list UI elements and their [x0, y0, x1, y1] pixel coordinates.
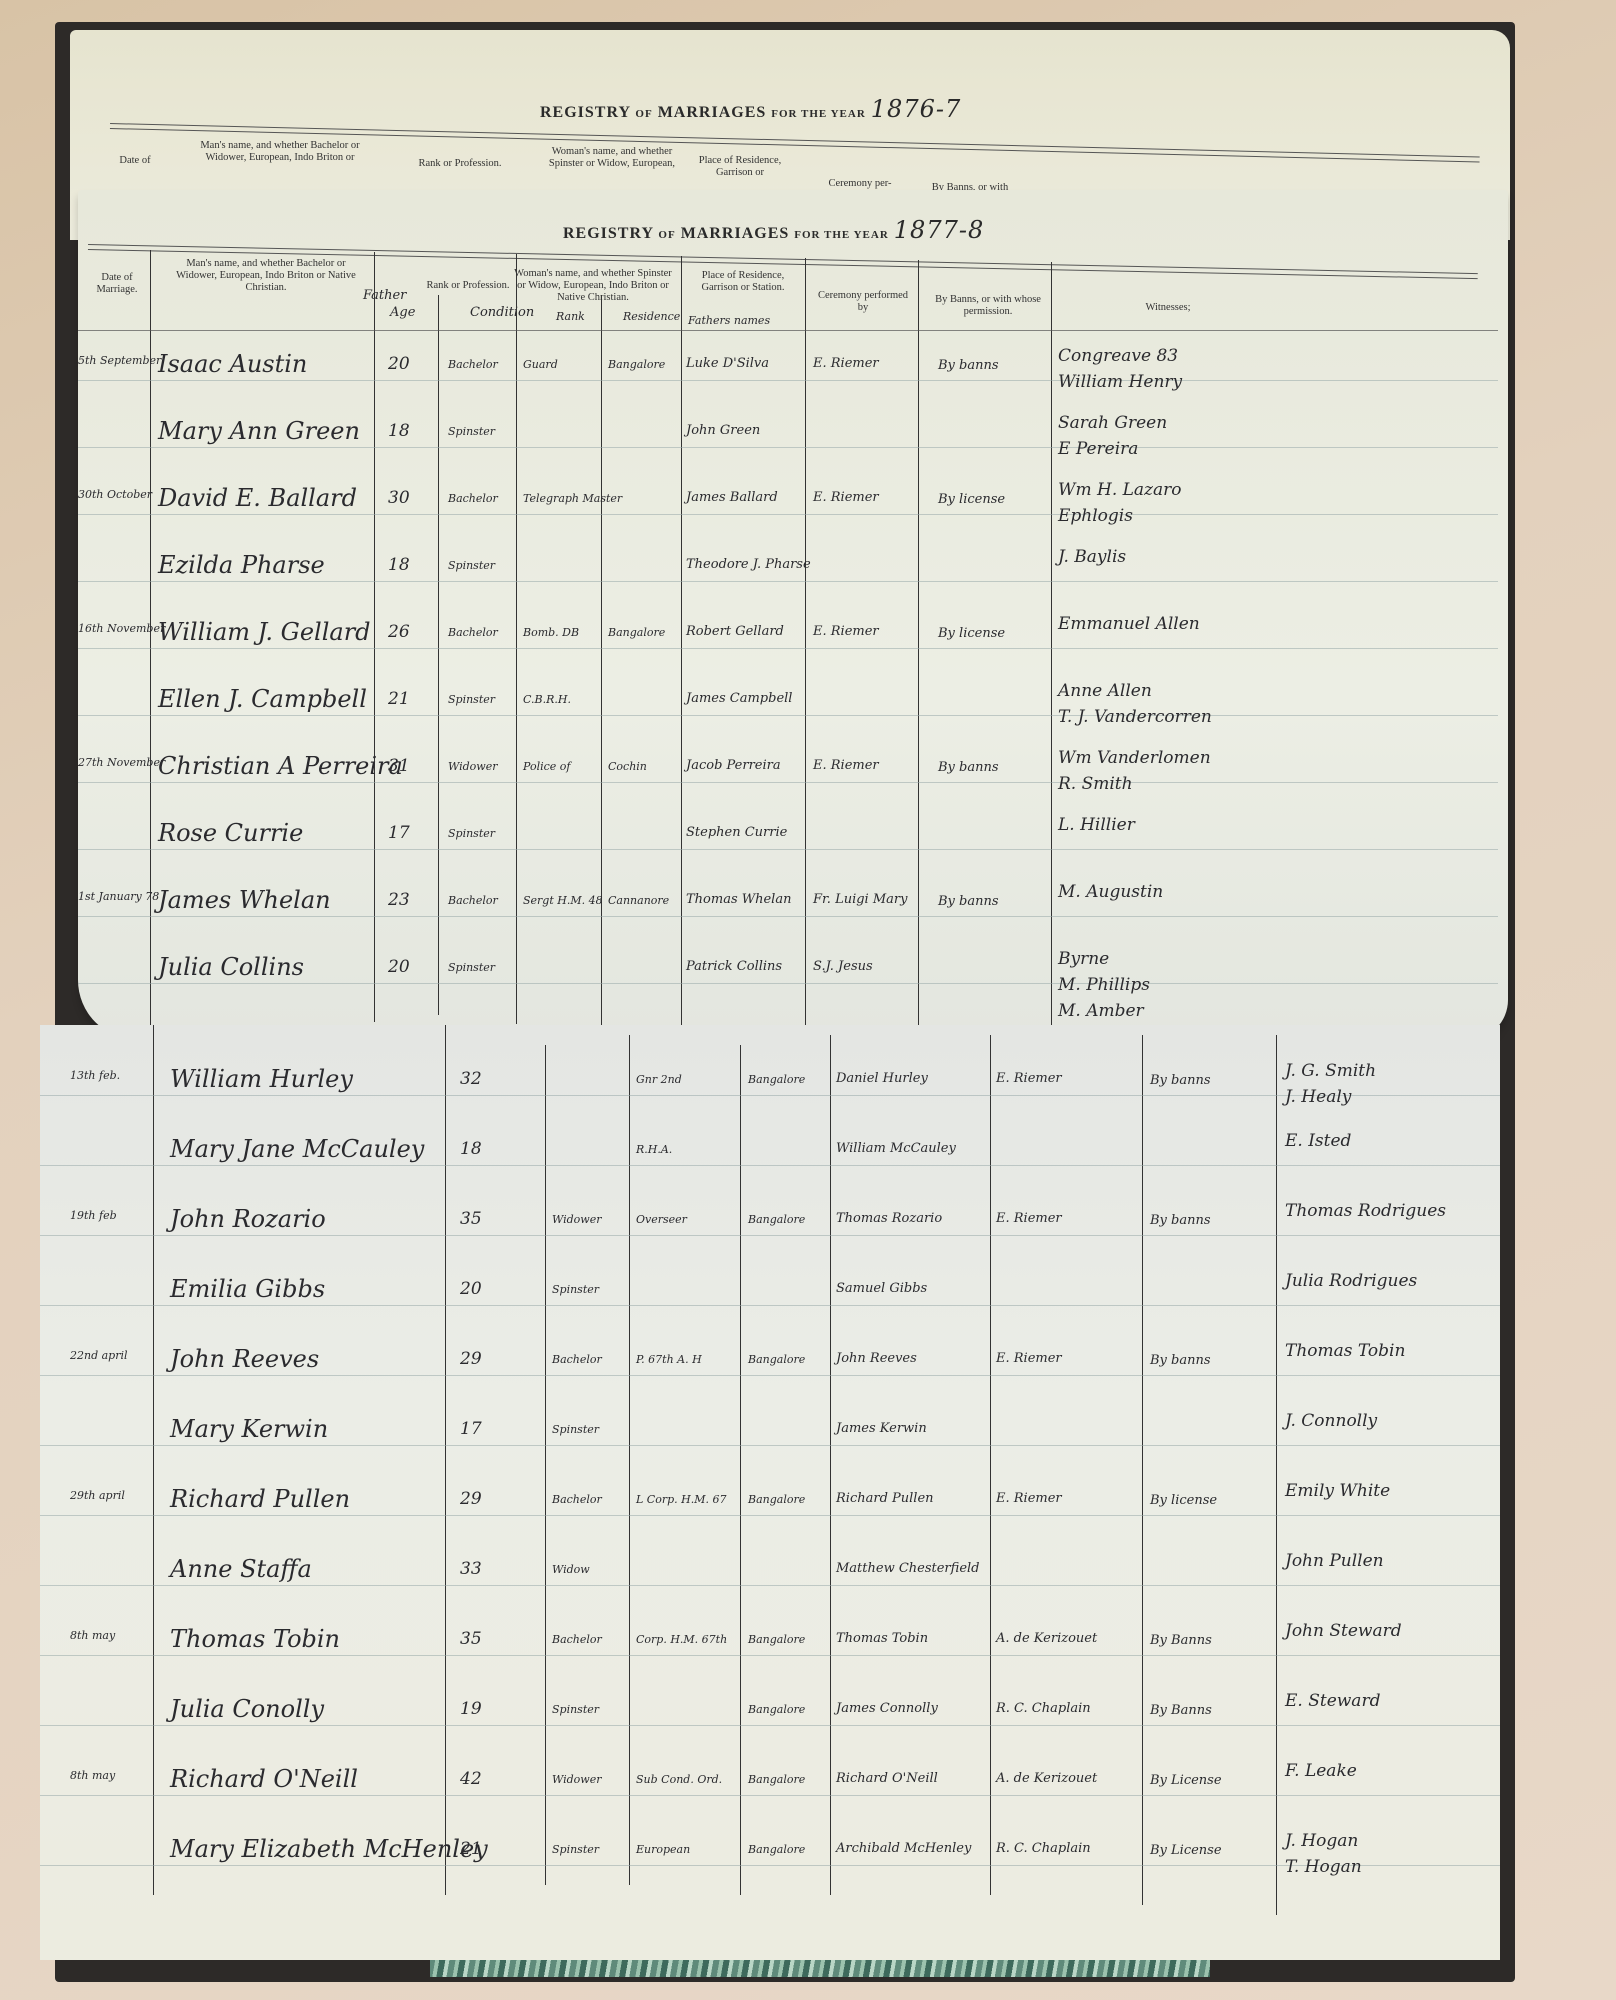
entry-banns: By license — [938, 492, 1005, 507]
entry-witness: E. Steward — [1285, 1691, 1380, 1711]
entry-residence: Bangalore — [748, 1073, 805, 1086]
entry-witness: Sarah Green — [1058, 413, 1167, 433]
entry-witness: Thomas Rodrigues — [1285, 1201, 1446, 1221]
subhead-condition: Condition — [470, 305, 534, 320]
entry-father: Thomas Whelan — [686, 892, 791, 907]
entry-witness: M. Amber — [1058, 1001, 1144, 1021]
entry-name: William J. Gellard — [158, 618, 371, 646]
register-title: REGISTRY OF MARRIAGES FOR THE YEAR 1877-… — [563, 216, 984, 244]
entry-name: Mary Ann Green — [158, 417, 360, 445]
entry-witness: Byrne — [1058, 949, 1109, 969]
entry-name: Julia Collins — [158, 953, 304, 981]
header-date: Date of Marriage. — [88, 272, 146, 296]
entry-rank: Overseer — [636, 1213, 687, 1226]
subhead-father-note: Father — [363, 288, 406, 303]
entry-condition: Widow — [552, 1563, 590, 1576]
ruled-line — [78, 514, 1498, 515]
ruled-line — [78, 983, 1498, 984]
entry-ceremony: S.J. Jesus — [813, 959, 873, 974]
entry-ceremony: E. Riemer — [813, 490, 879, 505]
ruled-line — [40, 1515, 1500, 1516]
entry-witness: William Henry — [1058, 372, 1182, 392]
title-word: MARRIAGES — [681, 225, 790, 242]
entry-date: 5th September — [78, 354, 161, 367]
entry-witness: T. J. Vandercorren — [1058, 707, 1212, 727]
entry-name: Richard O'Neill — [170, 1765, 358, 1793]
entry-age: 21 — [460, 1839, 482, 1859]
entry-ceremony: R. C. Chaplain — [996, 1841, 1091, 1856]
ruled-line — [78, 447, 1498, 448]
entry-witness: Thomas Tobin — [1285, 1341, 1405, 1361]
title-word: OF — [635, 108, 652, 120]
entry-father: John Reeves — [836, 1351, 917, 1366]
entry-witness: Ephlogis — [1058, 506, 1133, 526]
entry-age: 31 — [388, 756, 410, 776]
entry-ceremony: A. de Kerizouet — [996, 1631, 1097, 1646]
entry-name: Richard Pullen — [170, 1485, 350, 1513]
entry-residence: Cannanore — [608, 894, 669, 907]
entry-father: Richard O'Neill — [836, 1771, 938, 1786]
entry-name: Anne Staffa — [170, 1555, 312, 1583]
entry-age: 17 — [460, 1419, 482, 1439]
entry-age: 18 — [460, 1139, 482, 1159]
column-divider — [1276, 1035, 1277, 1915]
column-header: Woman's name, and whether Spinster or Wi… — [542, 146, 682, 170]
entry-age: 29 — [460, 1349, 482, 1369]
column-divider — [990, 1035, 991, 1895]
entry-age: 30 — [388, 488, 410, 508]
entry-name: James Whelan — [158, 886, 331, 914]
ruled-line — [40, 1445, 1500, 1446]
column-divider — [445, 1025, 446, 1895]
entry-witness: Wm Vanderlomen — [1058, 748, 1211, 768]
entry-rank: P. 67th A. H — [636, 1353, 702, 1366]
entry-ceremony: A. de Kerizouet — [996, 1771, 1097, 1786]
entry-witness: M. Phillips — [1058, 975, 1150, 995]
header-residence: Place of Residence, Garrison or Station. — [683, 270, 803, 294]
entry-witness: M. Augustin — [1058, 882, 1163, 902]
column-divider — [438, 295, 439, 1015]
ruled-line — [78, 916, 1498, 917]
entry-age: 18 — [388, 421, 410, 441]
column-divider — [681, 256, 682, 1026]
entry-condition: Bachelor — [448, 626, 498, 639]
entry-witness: Emmanuel Allen — [1058, 614, 1200, 634]
title-word: FOR THE YEAR — [794, 229, 889, 241]
entry-rank: R.H.A. — [636, 1143, 672, 1156]
column-header: Man's name, and whether Bachelor or Wido… — [180, 140, 380, 164]
entry-age: 18 — [388, 555, 410, 575]
entry-rank: Bomb. DB — [523, 626, 579, 639]
entry-residence: Bangalore — [748, 1353, 805, 1366]
ruled-line — [78, 782, 1498, 783]
header-ceremony: Ceremony performed by — [813, 290, 913, 314]
entry-father: William McCauley — [836, 1141, 956, 1156]
entry-age: 20 — [460, 1279, 482, 1299]
entry-father: James Ballard — [686, 490, 778, 505]
entry-witness: Emily White — [1285, 1481, 1390, 1501]
entry-residence: Cochin — [608, 760, 647, 773]
entry-ceremony: Fr. Luigi Mary — [813, 892, 907, 907]
entry-ceremony: E. Riemer — [813, 356, 879, 371]
entry-ceremony: E. Riemer — [996, 1211, 1062, 1226]
entry-condition: Spinster — [552, 1283, 599, 1296]
title-word: FOR THE YEAR — [771, 108, 866, 120]
ruled-line — [78, 715, 1498, 716]
entry-condition: Bachelor — [448, 894, 498, 907]
entry-father: James Kerwin — [836, 1421, 927, 1436]
header-witnesses: Witnesses; — [1078, 302, 1258, 314]
entry-age: 35 — [460, 1209, 482, 1229]
header-rule — [78, 330, 1498, 331]
header-woman: Woman's name, and whether Spinster or Wi… — [513, 268, 673, 304]
entry-age: 19 — [460, 1699, 482, 1719]
entry-condition: Spinster — [448, 425, 495, 438]
entry-witness: L. Hillier — [1058, 815, 1135, 835]
column-header: Rank or Profession. — [400, 158, 520, 170]
column-divider — [629, 1035, 630, 1885]
column-divider — [516, 254, 517, 1024]
entry-name: Emilia Gibbs — [170, 1275, 325, 1303]
ruled-line — [40, 1375, 1500, 1376]
ruled-line — [78, 581, 1498, 582]
entry-age: 35 — [460, 1629, 482, 1649]
entry-name: John Reeves — [170, 1345, 319, 1373]
entry-residence: Bangalore — [748, 1493, 805, 1506]
column-divider — [830, 1035, 831, 1895]
column-divider — [153, 1025, 154, 1895]
entry-banns: By license — [1150, 1493, 1217, 1508]
entry-witness: E Pereira — [1058, 439, 1138, 459]
entry-date: 27th November — [78, 756, 165, 769]
entry-father: Jacob Perreira — [686, 758, 781, 773]
entry-ceremony: E. Riemer — [813, 624, 879, 639]
column-divider — [740, 1045, 741, 1895]
entry-ceremony: E. Riemer — [996, 1491, 1062, 1506]
ruled-line — [40, 1235, 1500, 1236]
entry-date: 16th November — [78, 622, 165, 635]
entry-father: Theodore J. Pharse — [686, 557, 811, 572]
entry-date: 1st January 78 — [78, 890, 159, 903]
entry-banns: By Banns — [1150, 1633, 1212, 1648]
entry-rank: Corp. H.M. 67th — [636, 1633, 727, 1646]
subhead-age: Age — [390, 305, 415, 320]
ruled-line — [78, 849, 1498, 850]
entry-banns: By banns — [938, 760, 999, 775]
entry-father: Matthew Chesterfield — [836, 1561, 980, 1576]
entry-age: 17 — [388, 823, 410, 843]
entry-residence: Bangalore — [608, 358, 665, 371]
year-value: 1876-7 — [871, 95, 961, 123]
entry-name: Julia Conolly — [170, 1695, 324, 1723]
entry-witness: J. G. Smith — [1285, 1061, 1376, 1081]
title-word: REGISTRY — [540, 104, 630, 121]
entry-banns: By banns — [938, 894, 999, 909]
column-divider — [805, 258, 806, 1028]
ruled-line — [40, 1865, 1500, 1866]
entry-name: William Hurley — [170, 1065, 353, 1093]
entry-age: 20 — [388, 354, 410, 374]
register-page-lower: 13th feb.William Hurley32Gnr 2ndBangalor… — [40, 1025, 1500, 1960]
entry-condition: Bachelor — [552, 1353, 602, 1366]
entry-rank: Gnr 2nd — [636, 1073, 682, 1086]
entry-residence: Bangalore — [748, 1703, 805, 1716]
entry-father: Patrick Collins — [686, 959, 782, 974]
ruled-line — [40, 1585, 1500, 1586]
header-banns: By Banns, or with whose permission. — [928, 294, 1048, 318]
entry-banns: By banns — [1150, 1073, 1211, 1088]
entry-name: John Rozario — [170, 1205, 326, 1233]
subhead-rank: Rank — [556, 310, 585, 323]
entry-date: 13th feb. — [70, 1069, 120, 1082]
entry-age: 23 — [388, 890, 410, 910]
entry-witness: F. Leake — [1285, 1761, 1357, 1781]
entry-name: Thomas Tobin — [170, 1625, 340, 1653]
ruled-line — [40, 1165, 1500, 1166]
entry-witness: Anne Allen — [1058, 681, 1152, 701]
entry-rank: Telegraph Master — [523, 492, 622, 505]
entry-father: Daniel Hurley — [836, 1071, 928, 1086]
entry-witness: John Pullen — [1285, 1551, 1384, 1571]
entry-date: 30th October — [78, 488, 152, 501]
entry-age: 21 — [388, 689, 410, 709]
entry-witness: T. Hogan — [1285, 1857, 1362, 1877]
entry-father: Stephen Currie — [686, 825, 787, 840]
entry-age: 20 — [388, 957, 410, 977]
entry-father: James Campbell — [686, 691, 792, 706]
previous-register-title: REGISTRY OF MARRIAGES FOR THE YEAR 1876-… — [540, 95, 961, 123]
entry-rank: C.B.R.H. — [523, 693, 571, 706]
column-header: Place of Residence, Garrison or — [690, 155, 790, 179]
entry-date: 19th feb — [70, 1209, 117, 1222]
entry-witness: E. Isted — [1285, 1131, 1351, 1151]
entry-name: Mary Jane McCauley — [170, 1135, 424, 1163]
entry-witness: R. Smith — [1058, 774, 1133, 794]
ruled-line — [40, 1305, 1500, 1306]
entry-condition: Spinster — [448, 827, 495, 840]
entry-condition: Spinster — [448, 961, 495, 974]
entry-name: Christian A Perreira — [158, 752, 403, 780]
entry-name: David E. Ballard — [158, 484, 357, 512]
entry-ceremony: R. C. Chaplain — [996, 1701, 1091, 1716]
entry-name: Rose Currie — [158, 819, 303, 847]
entry-rank: Guard — [523, 358, 558, 371]
entry-ceremony: E. Riemer — [996, 1071, 1062, 1086]
title-word: REGISTRY — [563, 225, 653, 242]
entry-father: Samuel Gibbs — [836, 1281, 927, 1296]
entry-witness: Wm H. Lazaro — [1058, 480, 1182, 500]
entry-banns: By License — [1150, 1773, 1222, 1788]
entry-date: 29th april — [70, 1489, 125, 1502]
entry-condition: Spinster — [448, 693, 495, 706]
entry-name: Mary Elizabeth McHenley — [170, 1835, 488, 1863]
entry-condition: Spinster — [552, 1703, 599, 1716]
entry-rank: Sergt H.M. 48 — [523, 894, 603, 907]
entry-father: Thomas Rozario — [836, 1211, 942, 1226]
column-header: Ceremony per- — [810, 178, 910, 190]
ruled-line — [78, 648, 1498, 649]
entry-father: Robert Gellard — [686, 624, 784, 639]
entry-condition: Widower — [552, 1773, 601, 1786]
column-divider — [150, 250, 151, 1030]
ruled-line — [40, 1095, 1500, 1096]
entry-father: Archibald McHenley — [836, 1841, 971, 1856]
entry-age: 29 — [460, 1489, 482, 1509]
entry-age: 42 — [460, 1769, 482, 1789]
register-page-upper: REGISTRY OF MARRIAGES FOR THE YEAR 1877-… — [78, 190, 1508, 1040]
entry-father: John Green — [686, 423, 760, 438]
entry-name: Mary Kerwin — [170, 1415, 328, 1443]
entry-condition: Bachelor — [448, 492, 498, 505]
column-divider — [918, 260, 919, 1030]
entry-witness: J. Hogan — [1285, 1831, 1358, 1851]
entry-residence: Bangalore — [748, 1213, 805, 1226]
entry-condition: Bachelor — [552, 1493, 602, 1506]
entry-father: Luke D'Silva — [686, 356, 769, 371]
entry-witness: J. Connolly — [1285, 1411, 1377, 1431]
entry-ceremony: E. Riemer — [996, 1351, 1062, 1366]
entry-condition: Spinster — [552, 1843, 599, 1856]
entry-age: 33 — [460, 1559, 482, 1579]
entry-banns: By banns — [938, 358, 999, 373]
entry-condition: Bachelor — [448, 358, 498, 371]
entry-residence: Bangalore — [748, 1843, 805, 1856]
entry-residence: Bangalore — [748, 1773, 805, 1786]
entry-rank: L Corp. H.M. 67 — [636, 1493, 726, 1506]
year-value: 1877-8 — [894, 216, 984, 244]
title-word: OF — [658, 229, 675, 241]
entry-date: 8th may — [70, 1769, 115, 1782]
entry-banns: By banns — [1150, 1213, 1211, 1228]
entry-condition: Widower — [552, 1213, 601, 1226]
entry-witness: John Steward — [1285, 1621, 1402, 1641]
entry-residence: Bangalore — [608, 626, 665, 639]
entry-rank: European — [636, 1843, 690, 1856]
entry-condition: Widower — [448, 760, 497, 773]
entry-name: Ezilda Pharse — [158, 551, 325, 579]
entry-date: 8th may — [70, 1629, 115, 1642]
subhead-residence: Residence — [623, 310, 680, 323]
column-header: Date of — [110, 155, 160, 167]
header-man: Man's name, and whether Bachelor or Wido… — [166, 258, 366, 294]
entry-banns: By banns — [1150, 1353, 1211, 1368]
column-divider — [545, 1045, 546, 1885]
title-word: MARRIAGES — [658, 104, 767, 121]
ruled-line — [40, 1725, 1500, 1726]
entry-rank: Sub Cond. Ord. — [636, 1773, 722, 1786]
entry-banns: By Banns — [1150, 1703, 1212, 1718]
ruled-line — [40, 1795, 1500, 1796]
entry-father: James Connolly — [836, 1701, 938, 1716]
entry-age: 26 — [388, 622, 410, 642]
entry-rank: Police of — [523, 760, 570, 773]
ruled-line — [78, 380, 1498, 381]
entry-banns: By license — [938, 626, 1005, 641]
entry-condition: Spinster — [448, 559, 495, 572]
entry-residence: Bangalore — [748, 1633, 805, 1646]
entry-witness: Congreave 83 — [1058, 346, 1178, 366]
entry-witness: J. Baylis — [1058, 547, 1126, 567]
entry-ceremony: E. Riemer — [813, 758, 879, 773]
subhead-father: Fathers names — [688, 314, 770, 327]
entry-witness: Julia Rodrigues — [1285, 1271, 1417, 1291]
entry-witness: J. Healy — [1285, 1087, 1351, 1107]
entry-date: 22nd april — [70, 1349, 128, 1362]
entry-father: Thomas Tobin — [836, 1631, 928, 1646]
entry-banns: By License — [1150, 1843, 1222, 1858]
entry-name: Ellen J. Campbell — [158, 685, 367, 713]
entry-condition: Bachelor — [552, 1633, 602, 1646]
ruled-line — [40, 1655, 1500, 1656]
column-divider — [374, 252, 375, 1022]
entry-father: Richard Pullen — [836, 1491, 934, 1506]
entry-name: Isaac Austin — [158, 350, 307, 378]
entry-condition: Spinster — [552, 1423, 599, 1436]
entry-age: 32 — [460, 1069, 482, 1089]
